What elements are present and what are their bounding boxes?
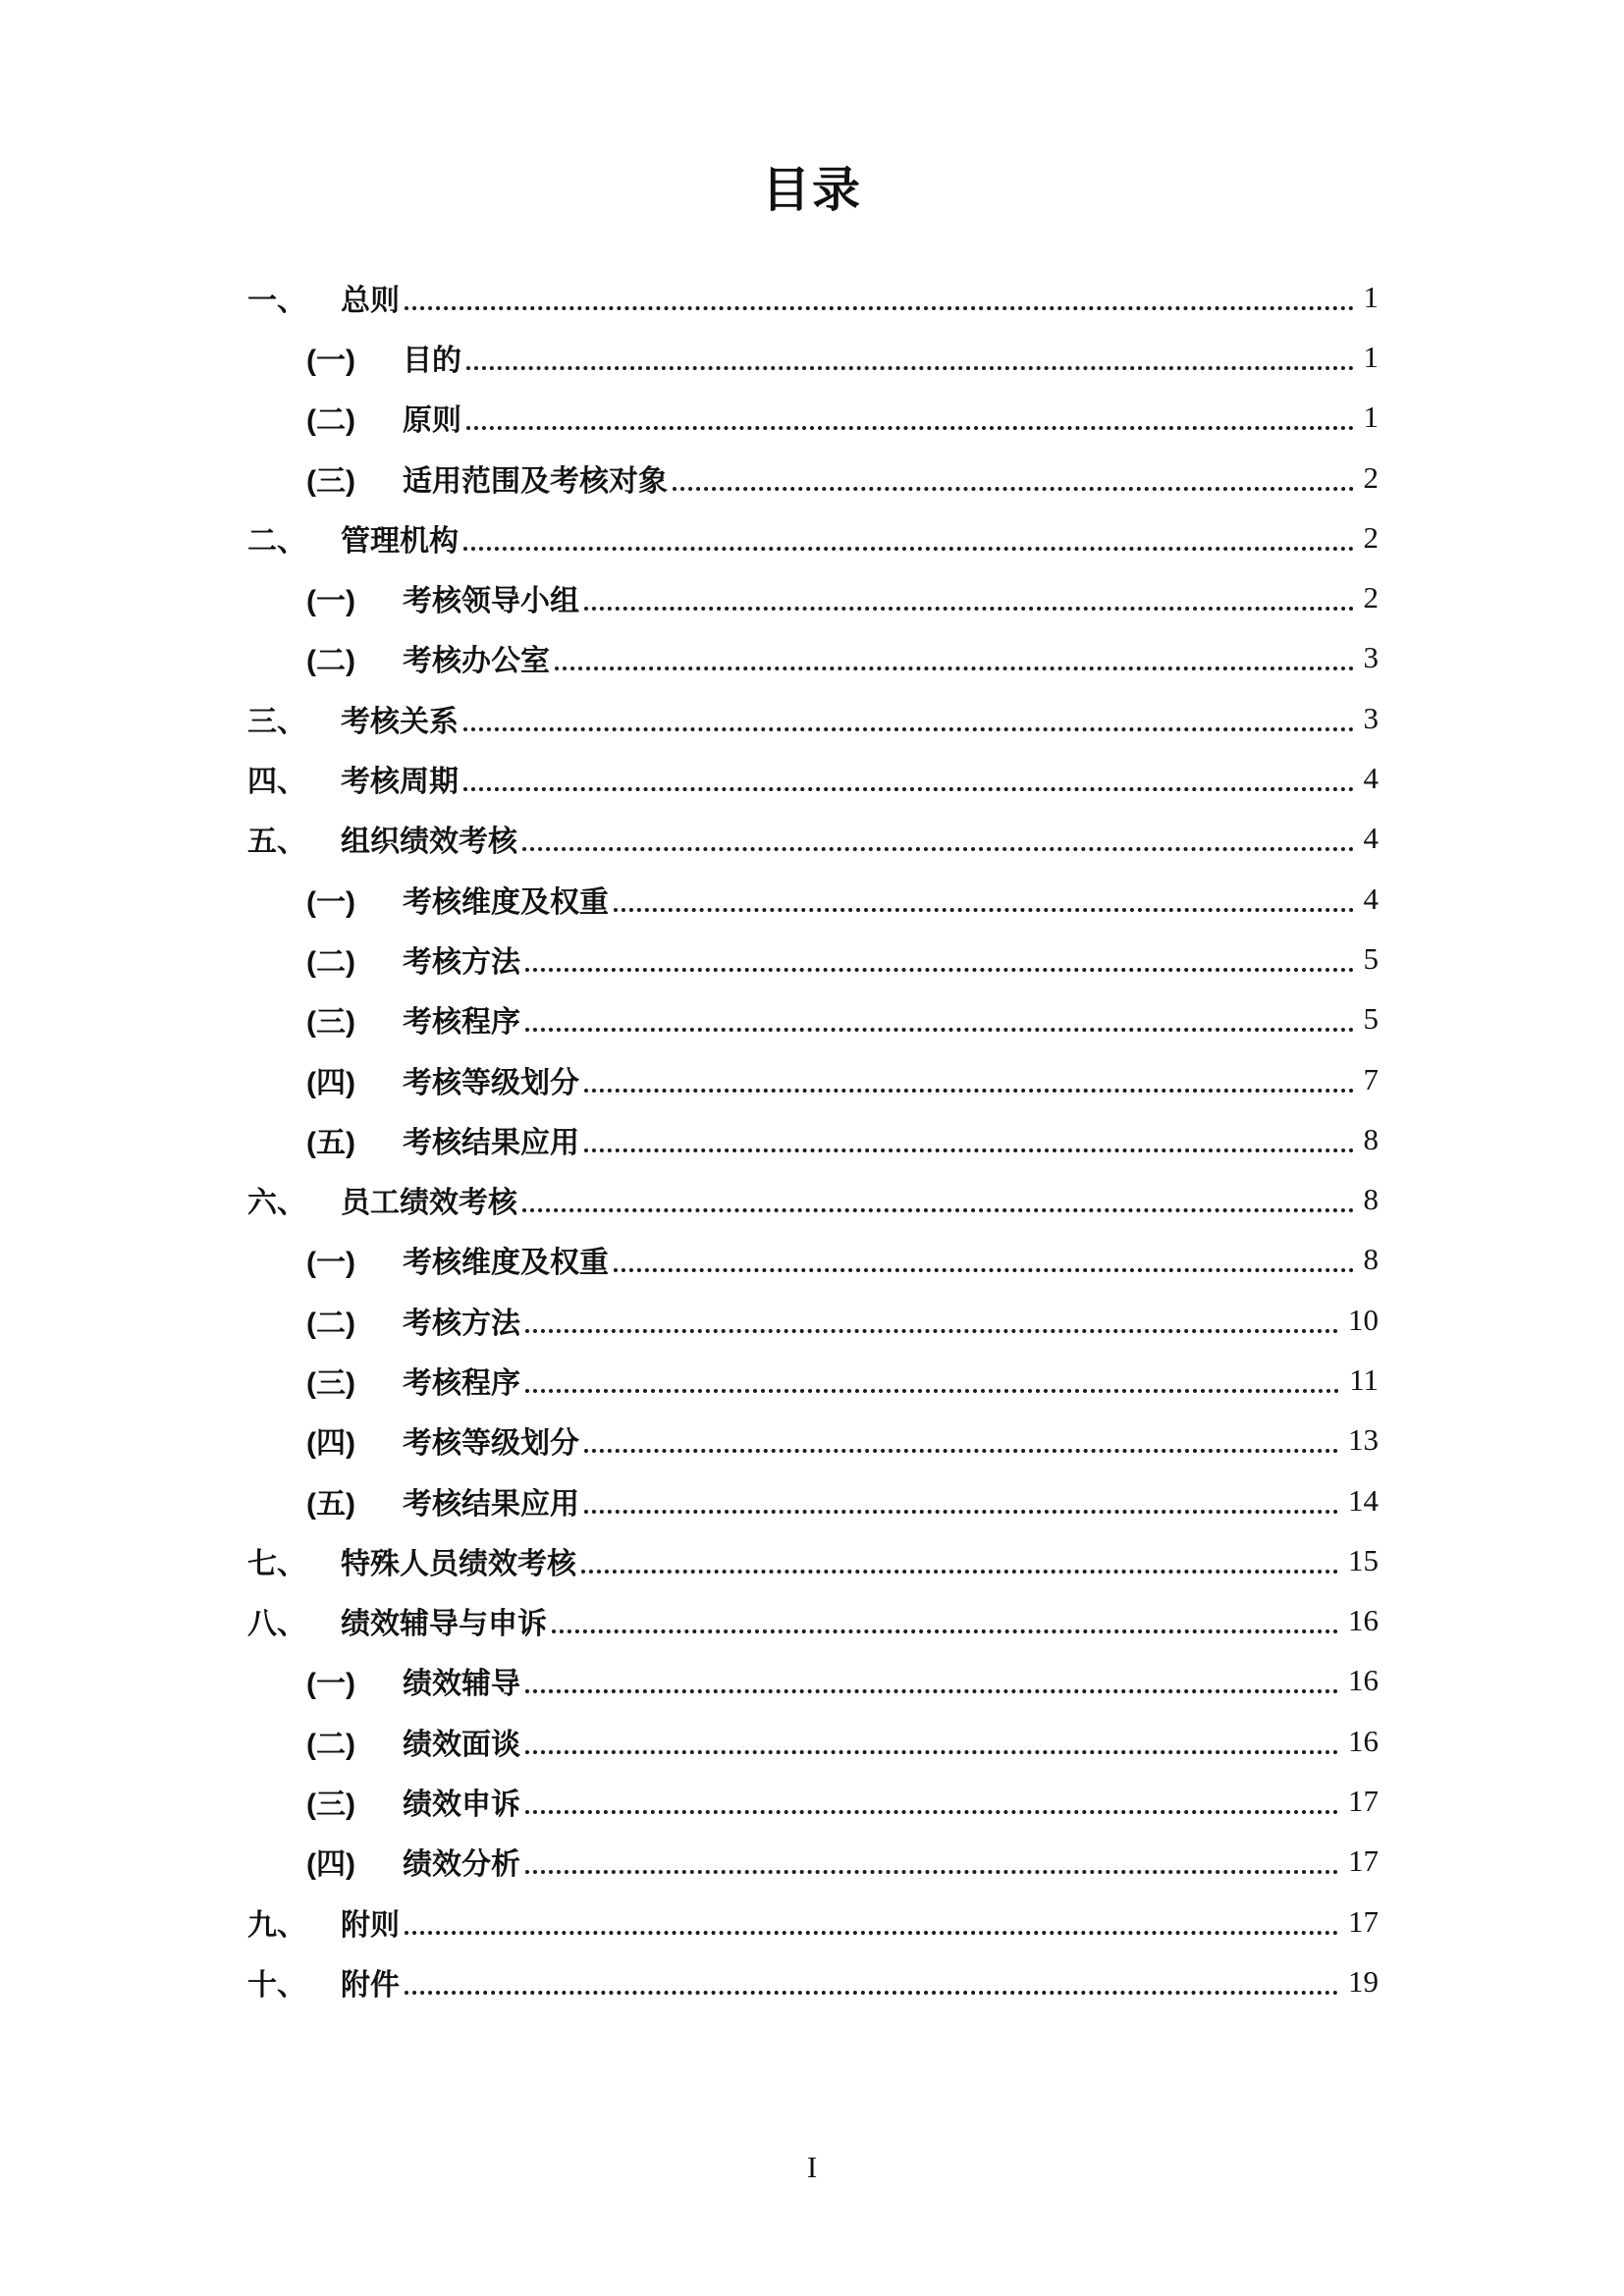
table-of-contents: 一、 总则 1 (一) 目的 1 (二) 原则 1 (三) 适用范围及考核对象 … bbox=[247, 267, 1379, 2012]
toc-entry[interactable]: 八、 绩效辅导与申诉 16 bbox=[247, 1591, 1379, 1651]
dot-leader bbox=[525, 1329, 1338, 1333]
toc-entry-number: (四) bbox=[306, 1840, 403, 1883]
dot-leader bbox=[614, 1268, 1354, 1272]
dot-leader bbox=[584, 1510, 1338, 1514]
toc-entry-number: (一) bbox=[306, 576, 403, 619]
toc-entry[interactable]: 七、 特殊人员绩效考核 15 bbox=[247, 1530, 1379, 1590]
toc-entry-label: 考核等级划分 bbox=[403, 1058, 579, 1101]
toc-entry-number: 一、 bbox=[247, 276, 341, 319]
dot-leader bbox=[405, 1931, 1338, 1935]
dot-leader bbox=[584, 1148, 1354, 1152]
toc-entry-label: 特殊人员绩效考核 bbox=[341, 1539, 576, 1582]
toc-entry[interactable]: (一) 目的 1 bbox=[247, 327, 1379, 387]
toc-entry-label: 考核程序 bbox=[403, 997, 520, 1041]
toc-entry[interactable]: (一) 绩效辅导 16 bbox=[247, 1651, 1379, 1711]
toc-entry-label: 考核结果应用 bbox=[403, 1479, 579, 1522]
toc-entry[interactable]: (二) 考核方法 5 bbox=[247, 929, 1379, 988]
toc-entry-number: 四、 bbox=[247, 757, 341, 800]
toc-entry-label: 考核领导小组 bbox=[403, 576, 579, 619]
toc-entry-label: 附则 bbox=[341, 1900, 400, 1944]
dot-leader bbox=[463, 547, 1354, 551]
toc-entry[interactable]: (一) 考核领导小组 2 bbox=[247, 567, 1379, 627]
toc-entry-number: (三) bbox=[306, 1359, 403, 1402]
toc-entry-number: 七、 bbox=[247, 1539, 341, 1582]
toc-entry-label: 目的 bbox=[403, 336, 461, 379]
toc-entry-page: 1 bbox=[1364, 340, 1380, 375]
toc-entry-page: 2 bbox=[1364, 460, 1380, 496]
toc-entry-page: 17 bbox=[1348, 1843, 1379, 1879]
toc-entry-page: 4 bbox=[1364, 881, 1380, 917]
toc-entry-page: 1 bbox=[1364, 400, 1380, 435]
toc-entry-number: 六、 bbox=[247, 1178, 341, 1221]
footer-page-number: I bbox=[0, 2150, 1624, 2185]
toc-entry-label: 绩效申诉 bbox=[403, 1780, 520, 1823]
toc-entry-number: (二) bbox=[306, 396, 403, 439]
toc-entry-number: 三、 bbox=[247, 697, 341, 740]
toc-entry[interactable]: (四) 绩效分析 17 bbox=[247, 1832, 1379, 1892]
dot-leader bbox=[405, 306, 1354, 310]
dot-leader bbox=[522, 847, 1354, 851]
dot-leader bbox=[405, 1991, 1338, 1995]
toc-entry-label: 考核方法 bbox=[403, 1299, 520, 1342]
toc-entry-label: 考核关系 bbox=[341, 697, 459, 740]
dot-leader bbox=[584, 1449, 1338, 1453]
toc-entry[interactable]: 四、 考核周期 4 bbox=[247, 748, 1379, 808]
toc-entry-number: (二) bbox=[306, 937, 403, 981]
dot-leader bbox=[522, 1208, 1354, 1212]
toc-entry-page: 13 bbox=[1348, 1422, 1379, 1458]
toc-entry-label: 考核周期 bbox=[341, 757, 459, 800]
dot-leader bbox=[555, 667, 1354, 670]
dot-leader bbox=[463, 727, 1354, 731]
toc-entry-number: (一) bbox=[306, 1659, 403, 1702]
dot-leader bbox=[525, 1810, 1338, 1814]
toc-entry-label: 总则 bbox=[341, 276, 400, 319]
dot-leader bbox=[614, 908, 1354, 912]
dot-leader bbox=[552, 1629, 1338, 1633]
toc-entry-page: 5 bbox=[1364, 941, 1380, 977]
toc-entry-page: 4 bbox=[1364, 821, 1380, 856]
toc-entry[interactable]: (四) 考核等级划分 7 bbox=[247, 1049, 1379, 1109]
toc-entry-page: 15 bbox=[1348, 1543, 1379, 1578]
toc-entry-number: (五) bbox=[306, 1118, 403, 1161]
toc-entry-label: 考核办公室 bbox=[403, 636, 550, 679]
toc-entry-number: (三) bbox=[306, 456, 403, 500]
toc-entry-number: (二) bbox=[306, 1720, 403, 1763]
toc-entry-label: 绩效分析 bbox=[403, 1840, 520, 1883]
dot-leader bbox=[525, 1750, 1338, 1754]
dot-leader bbox=[584, 607, 1354, 611]
toc-entry-label: 原则 bbox=[403, 396, 461, 439]
toc-entry-label: 适用范围及考核对象 bbox=[403, 456, 668, 500]
toc-entry-number: 五、 bbox=[247, 817, 341, 860]
toc-entry-page: 5 bbox=[1364, 1001, 1380, 1037]
toc-entry-page: 7 bbox=[1364, 1062, 1380, 1097]
toc-entry-number: (四) bbox=[306, 1058, 403, 1101]
toc-entry-page: 16 bbox=[1348, 1724, 1379, 1759]
toc-entry-page: 16 bbox=[1348, 1663, 1379, 1698]
toc-entry[interactable]: (二) 原则 1 bbox=[247, 388, 1379, 448]
toc-entry[interactable]: (三) 适用范围及考核对象 2 bbox=[247, 448, 1379, 507]
dot-leader bbox=[463, 787, 1354, 791]
document-page: 目录 一、 总则 1 (一) 目的 1 (二) 原则 1 (三) 适用范围及考核… bbox=[0, 0, 1624, 2296]
dot-leader bbox=[673, 487, 1354, 491]
toc-entry-page: 19 bbox=[1348, 1964, 1379, 2000]
toc-entry-page: 4 bbox=[1364, 761, 1380, 796]
toc-entry-page: 14 bbox=[1348, 1483, 1379, 1519]
toc-entry-number: (一) bbox=[306, 336, 403, 379]
toc-entry-label: 管理机构 bbox=[341, 516, 459, 560]
toc-entry[interactable]: (五) 考核结果应用 8 bbox=[247, 1109, 1379, 1169]
toc-entry[interactable]: 五、 组织绩效考核 4 bbox=[247, 809, 1379, 869]
toc-entry[interactable]: 十、 附件 19 bbox=[247, 1951, 1379, 2011]
toc-entry-number: (三) bbox=[306, 997, 403, 1041]
page-title: 目录 bbox=[0, 160, 1624, 221]
toc-entry[interactable]: 九、 附则 17 bbox=[247, 1892, 1379, 1951]
toc-entry-label: 考核方法 bbox=[403, 937, 520, 981]
toc-entry[interactable]: 一、 总则 1 bbox=[247, 267, 1379, 327]
toc-entry-label: 附件 bbox=[341, 1960, 400, 2003]
dot-leader bbox=[525, 1389, 1339, 1393]
toc-entry-number: (二) bbox=[306, 1299, 403, 1342]
toc-entry[interactable]: 二、 管理机构 2 bbox=[247, 507, 1379, 567]
dot-leader bbox=[466, 426, 1354, 430]
toc-entry-label: 考核等级划分 bbox=[403, 1418, 579, 1462]
toc-entry-page: 1 bbox=[1364, 280, 1380, 315]
toc-entry-page: 3 bbox=[1364, 701, 1380, 736]
toc-entry[interactable]: 三、 考核关系 3 bbox=[247, 688, 1379, 748]
toc-entry-page: 11 bbox=[1349, 1362, 1379, 1398]
toc-entry[interactable]: (二) 考核方法 10 bbox=[247, 1290, 1379, 1350]
toc-entry-label: 绩效面谈 bbox=[403, 1720, 520, 1763]
toc-entry-page: 8 bbox=[1364, 1182, 1380, 1217]
toc-entry-label: 绩效辅导与申诉 bbox=[341, 1599, 547, 1642]
toc-entry[interactable]: (二) 考核办公室 3 bbox=[247, 628, 1379, 688]
toc-entry-label: 员工绩效考核 bbox=[341, 1178, 517, 1221]
dot-leader bbox=[525, 968, 1354, 972]
toc-entry-label: 绩效辅导 bbox=[403, 1659, 520, 1702]
toc-entry-number: (四) bbox=[306, 1418, 403, 1462]
toc-entry[interactable]: (四) 考核等级划分 13 bbox=[247, 1411, 1379, 1470]
toc-entry-page: 17 bbox=[1348, 1904, 1379, 1940]
toc-entry[interactable]: (五) 考核结果应用 14 bbox=[247, 1470, 1379, 1530]
dot-leader bbox=[525, 1870, 1338, 1874]
toc-entry[interactable]: (三) 考核程序 5 bbox=[247, 989, 1379, 1049]
dot-leader bbox=[525, 1689, 1338, 1693]
dot-leader bbox=[584, 1089, 1354, 1093]
toc-entry-number: (一) bbox=[306, 1238, 403, 1281]
toc-entry[interactable]: (一) 考核维度及权重 8 bbox=[247, 1230, 1379, 1290]
toc-entry-number: (三) bbox=[306, 1780, 403, 1823]
toc-entry[interactable]: (三) 绩效申诉 17 bbox=[247, 1771, 1379, 1831]
toc-entry-number: 十、 bbox=[247, 1960, 341, 2003]
toc-entry-page: 17 bbox=[1348, 1784, 1379, 1819]
toc-entry-page: 2 bbox=[1364, 580, 1380, 615]
toc-entry-page: 3 bbox=[1364, 640, 1380, 675]
toc-entry[interactable]: (三) 考核程序 11 bbox=[247, 1350, 1379, 1410]
toc-entry-page: 2 bbox=[1364, 520, 1380, 556]
toc-entry-label: 考核程序 bbox=[403, 1359, 520, 1402]
toc-entry-number: 八、 bbox=[247, 1599, 341, 1642]
dot-leader bbox=[581, 1570, 1338, 1574]
toc-entry-number: 九、 bbox=[247, 1900, 341, 1944]
toc-entry-label: 考核结果应用 bbox=[403, 1118, 579, 1161]
toc-entry-number: 二、 bbox=[247, 516, 341, 560]
dot-leader bbox=[525, 1028, 1354, 1032]
dot-leader bbox=[466, 366, 1354, 370]
toc-entry[interactable]: 六、 员工绩效考核 8 bbox=[247, 1169, 1379, 1229]
toc-entry-number: (二) bbox=[306, 636, 403, 679]
toc-entry[interactable]: (一) 考核维度及权重 4 bbox=[247, 869, 1379, 929]
toc-entry-page: 16 bbox=[1348, 1603, 1379, 1638]
toc-entry[interactable]: (二) 绩效面谈 16 bbox=[247, 1711, 1379, 1771]
toc-entry-number: (一) bbox=[306, 878, 403, 921]
toc-entry-label: 考核维度及权重 bbox=[403, 878, 609, 921]
toc-entry-label: 考核维度及权重 bbox=[403, 1238, 609, 1281]
toc-entry-label: 组织绩效考核 bbox=[341, 817, 517, 860]
toc-entry-page: 10 bbox=[1348, 1303, 1379, 1338]
toc-entry-number: (五) bbox=[306, 1479, 403, 1522]
toc-entry-page: 8 bbox=[1364, 1242, 1380, 1277]
toc-entry-page: 8 bbox=[1364, 1122, 1380, 1157]
